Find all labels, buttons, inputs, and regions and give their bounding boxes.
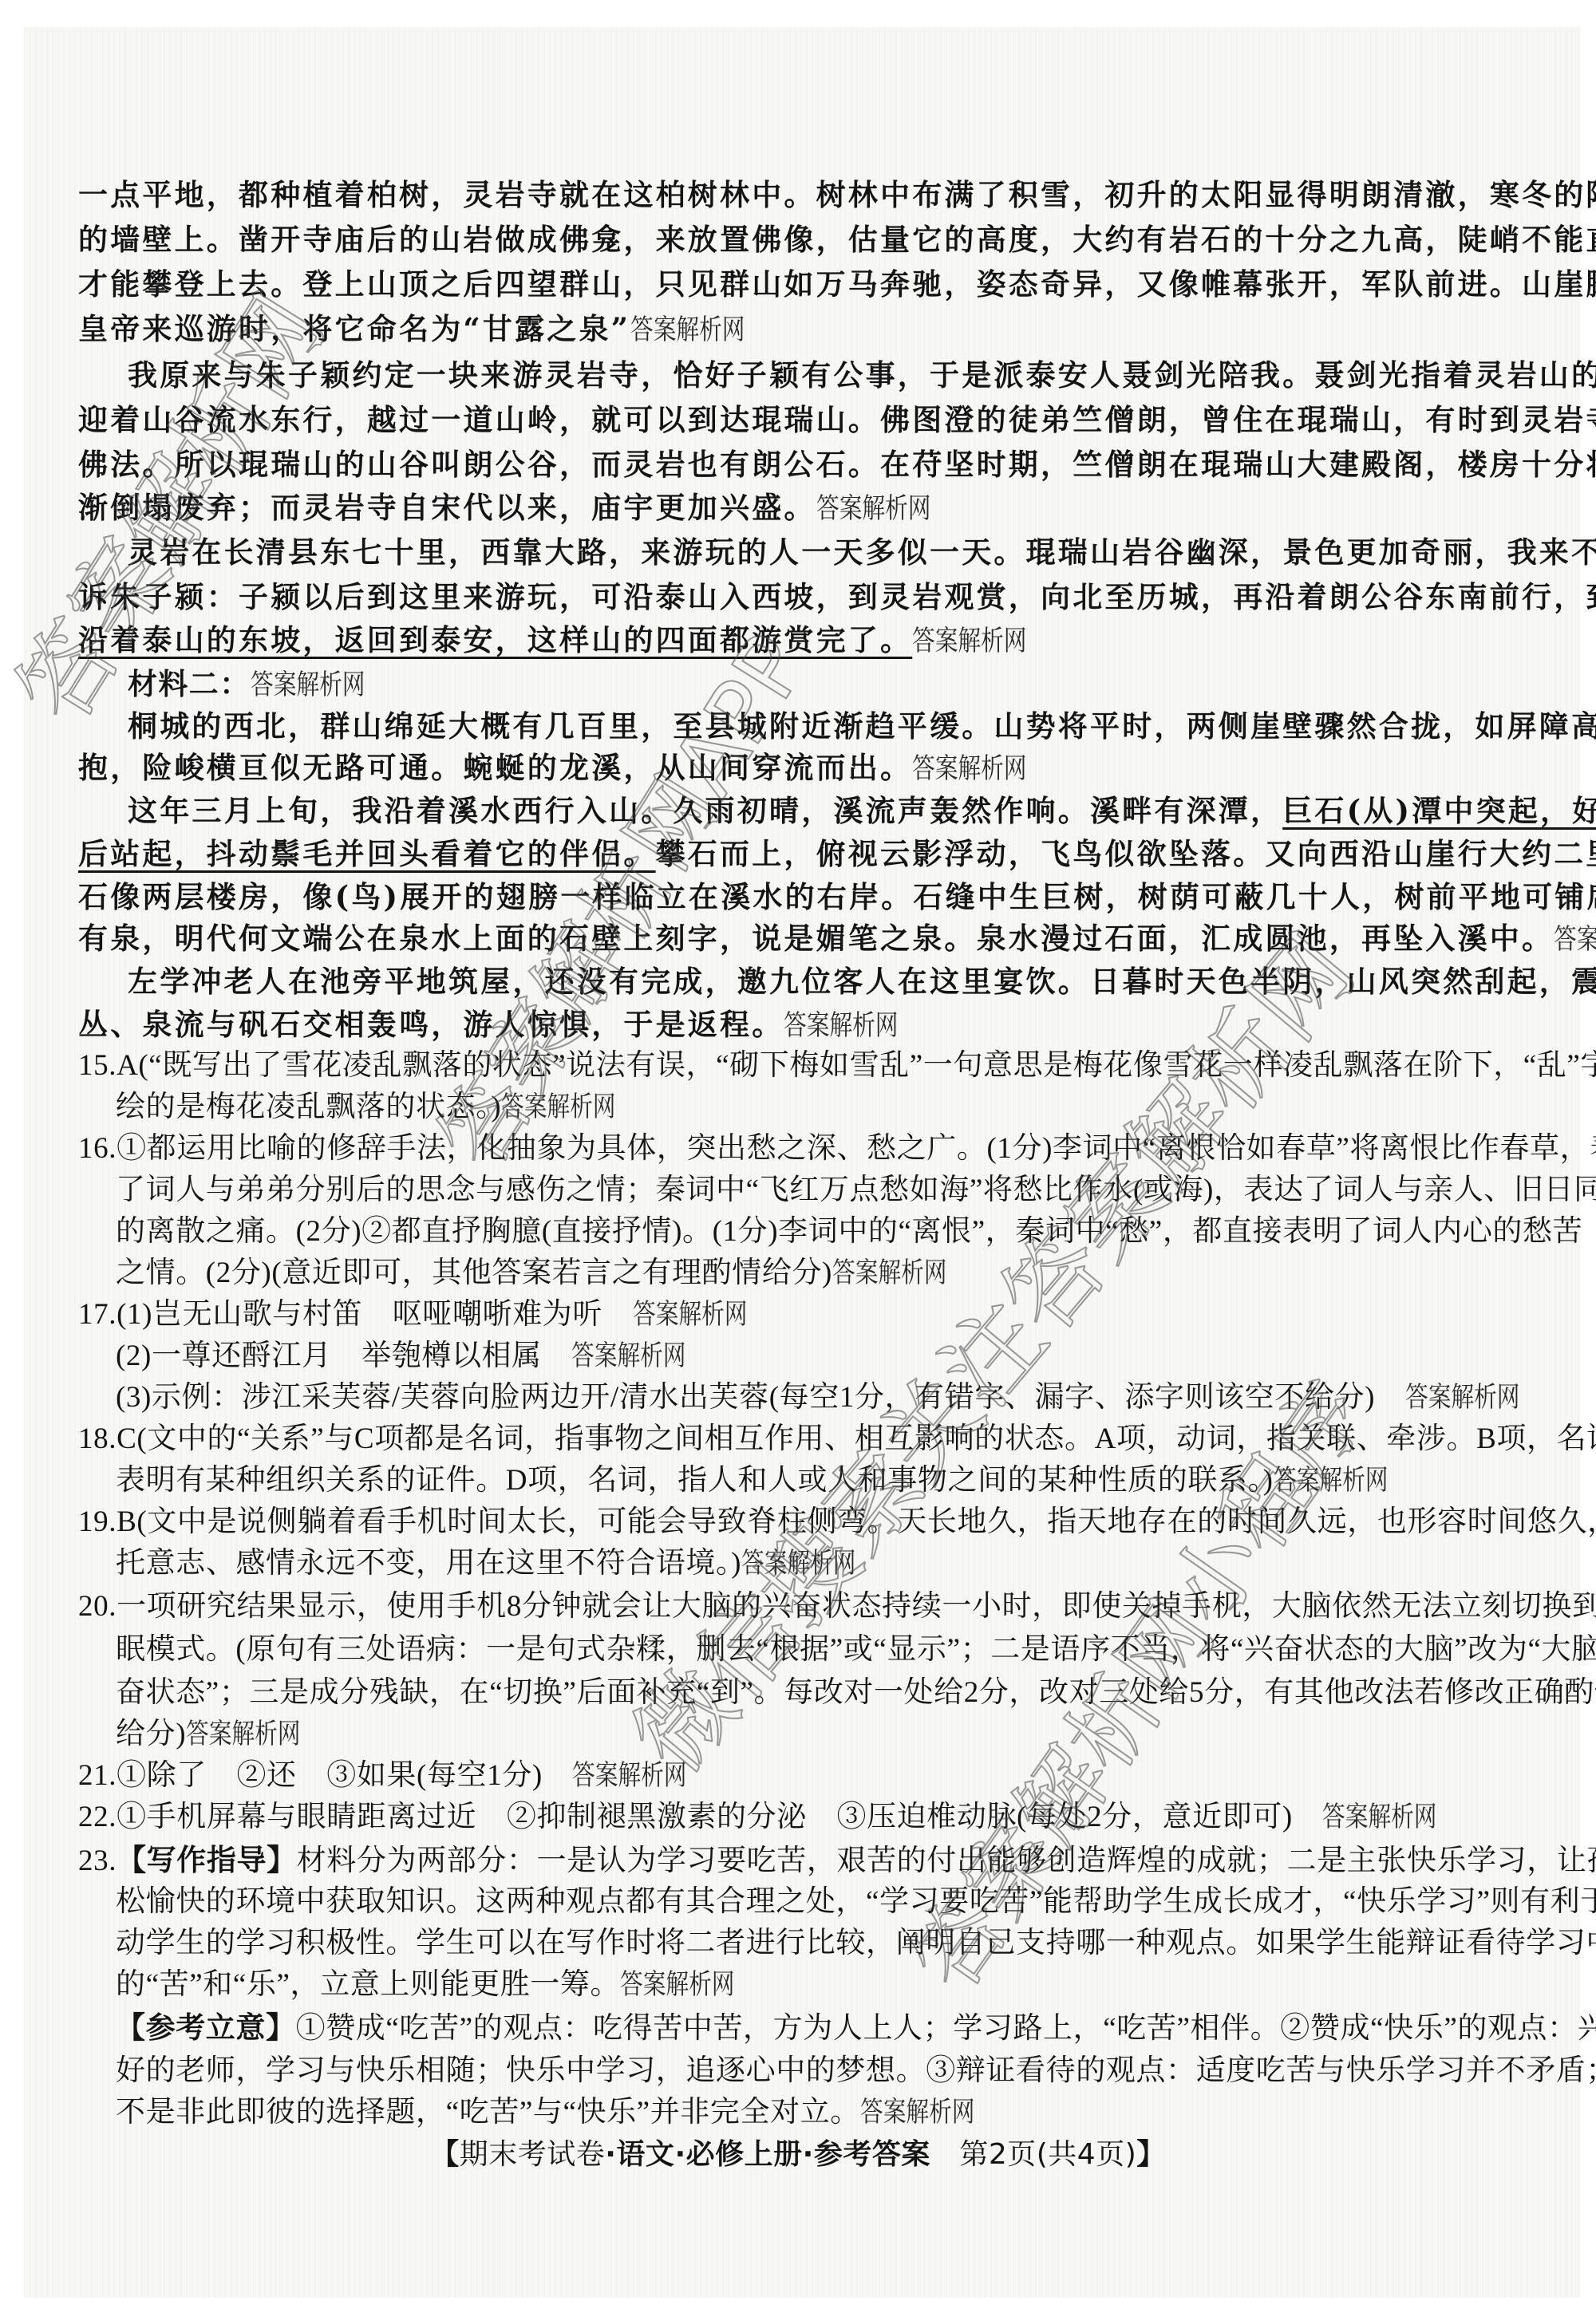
source-tag: 答案解析网 (1405, 1380, 1520, 1415)
material-two-line: 左学冲老人在池旁平地筑屋，还没有完成，邀九位客人在这里宴饮。日暮时天色半阴，山风… (128, 964, 1596, 999)
source-tag: 答案解析网 (860, 2095, 975, 2130)
text: 奋状态”；三是成分残缺，在“切换”后面补充“到”。每改对一处给2分，改对三处给5… (116, 1676, 1596, 1709)
material-one-line: 诉朱子颍：子颍以后到这里来游玩，可沿泰山入西坡，到灵岩观赏，向北至历城，再沿着朗… (78, 579, 1596, 614)
source-tag: 答案解析网 (572, 1758, 687, 1793)
heading-label: 材料二： (128, 667, 251, 701)
question-number: 15. (78, 1049, 117, 1082)
text: 了词人与弟弟分别后的思念与感伤之情；秦词中“飞红万点愁如海”将愁比作水(或海)，… (116, 1174, 1596, 1206)
material-one-line: 渐倒塌废弃；而灵岩寺自宋代以来，庙宇更加兴盛。答案解析网 (78, 490, 956, 527)
text: ①除了 ②还 ③如果(每空1分) (117, 1759, 543, 1792)
material-two-line: 有泉，明代何文端公在泉水上面的石壁上刻字，说是媚笔之泉。泉水漫过石面，汇成圆池，… (78, 921, 1596, 957)
material-one-line: 一点平地，都种植着柏树，灵岩寺就在这柏树林中。树林中布满了积雪，初升的太阳显得明… (78, 177, 1596, 212)
material-one-line: 灵岩在长清县东七十里，西靠大路，来游玩的人一天多似一天。琨瑞山岩谷幽深，景色更加… (128, 535, 1596, 570)
answer-17: 17.(1)岂无山歌与村笛 呕哑嘲哳难为听 答案解析网 (78, 1297, 772, 1332)
text: 给分) (116, 1718, 186, 1750)
answer-16-cont: 了词人与弟弟分别后的思念与感伤之情；秦词中“飞红万点愁如海”将愁比作水(或海)，… (116, 1173, 1596, 1208)
text: 左学冲老人在池旁平地筑屋，还没有完成，邀九位客人在这里宴饮。日暮时天色半阴，山风… (128, 964, 1596, 999)
text: 丛、泉流与矾石交相轰鸣，游人惊惧，于是返程。 (78, 1007, 784, 1042)
answer-18: 18.C(文中的“关系”与C项都是名词，指事物之间相互作用、相互影响的状态。A项… (78, 1422, 1596, 1457)
bracket: 【 (430, 2138, 460, 2171)
text: 的墙壁上。凿开寺庙后的山岩做成佛龛，来放置佛像，估量它的高度，大约有岩石的十分之… (78, 222, 1596, 257)
answer-20-cont: 奋状态”；三是成分残缺，在“切换”后面补充“到”。每改对一处给2分，改对三处给5… (116, 1675, 1596, 1710)
source-tag: 答案解析网 (832, 1256, 947, 1291)
text: 眠模式。(原句有三处语病：一是句式杂糅，删去“根据”或“显示”；二是语序不当，将… (116, 1633, 1596, 1666)
separator: · (605, 2138, 616, 2171)
text: 一点平地，都种植着柏树，灵岩寺就在这柏树林中。树林中布满了积雪，初升的太阳显得明… (78, 177, 1596, 212)
answer-16-cont: 之情。(2分)(意近即可，其他答案若言之有理酌情给分)答案解析网 (116, 1256, 972, 1291)
text: (1)岂无山歌与村笛 呕哑嘲哳难为听 (117, 1298, 602, 1331)
text: 表明有某种组织关系的证件。D项，名词，指人和人或人和事物之间的某种性质的联系。) (116, 1464, 1274, 1497)
answer-19-cont: 托意志、感情永远不变，用在这里不符合语境。)答案解析网 (116, 1546, 881, 1581)
text: 动学生的学习积极性。学生可以在写作时将二者进行比较，阐明自己支持哪一种观点。如果… (116, 1927, 1596, 1959)
question-number: 21. (78, 1759, 117, 1792)
answer-20-cont: 眠模式。(原句有三处语病：一是句式杂糅，删去“根据”或“显示”；二是语序不当，将… (116, 1632, 1596, 1667)
material-one-line: 才能攀登上去。登上山顶之后四望群山，只见群山如万马奔驰，姿态奇异，又像帷幕张开，… (78, 266, 1596, 302)
source-tag: 答案解析网 (630, 313, 745, 348)
question-number: 23. (78, 1845, 117, 1877)
footer-kind: 参考答案 (814, 2138, 930, 2171)
text: 皇帝来巡游时，将它命名为“甘露之泉” (78, 311, 630, 346)
answer-18-cont: 表明有某种组织关系的证件。D项，名词，指人和人或人和事物之间的某种性质的联系。)… (116, 1463, 1413, 1498)
separator: · (674, 2138, 685, 2171)
material-two-line: 桐城的西北，群山绵延大概有几百里，至县城附近渐趋平缓。山势将平时，两侧崖壁骤然合… (128, 708, 1596, 744)
material-two-line: 石像两层楼房，像(鸟)展开的翅膀一样临立在溪水的右岸。石缝中生巨树，树荫可蔽几十… (78, 879, 1596, 914)
answer-20: 20.一项研究结果显示，使用手机8分钟就会让大脑的兴奋状态持续一小时，即使关掉手… (78, 1589, 1596, 1624)
answer-23-cont: 的“苦”和“乐”，立意上则能更胜一筹。答案解析网 (116, 1967, 760, 2002)
question-number: 20. (78, 1590, 117, 1623)
text: 材料分为两部分：一是认为学习要吃苦，艰苦的付出能够创造辉煌的成就；二是主张快乐学… (297, 1845, 1596, 1877)
material-two-line: 丛、泉流与矾石交相轰鸣，游人惊惧，于是返程。答案解析网 (78, 1007, 923, 1044)
answer-20-cont: 给分)答案解析网 (116, 1717, 326, 1752)
text: 灵岩在长清县东七十里，西靠大路，来游玩的人一天多似一天。琨瑞山岩谷幽深，景色更加… (128, 535, 1596, 570)
text: C(文中的“关系”与C项都是名词，指事物之间相互作用、相互影响的状态。A项，动词… (117, 1422, 1596, 1455)
answer-16: 16.①都运用比喻的修辞手法，化抽象为具体，突出愁之深、愁之广。(1分)李词中“… (78, 1131, 1596, 1166)
source-tag: 答案解析网 (1554, 922, 1596, 957)
question-number: 16. (78, 1132, 117, 1165)
text: 迎着山谷流水东行，越过一道山岭，就可以到达琨瑞山。佛图澄的徒弟竺僧朗，曾住在琨瑞… (78, 402, 1596, 437)
material-one-line: 的墙壁上。凿开寺庙后的山岩做成佛龛，来放置佛像，估量它的高度，大约有岩石的十分之… (78, 222, 1596, 257)
text: A(“既写出了雪花凌乱飘落的状态”说法有误，“砌下梅如雪乱”一句意思是梅花像雪花… (117, 1049, 1596, 1082)
text: 我原来与朱子颖约定一块来游灵岩寺，恰好子颖有公事，于是派泰安人聂剑光陪我。聂剑光… (128, 357, 1596, 393)
answer-23-cont: 松愉快的环境中获取知识。这两种观点都有其合理之处，“学习要吃苦”能帮助学生成长成… (116, 1884, 1596, 1920)
underlined-sentence: 巨石(从)潭中突起，好像马洗完澡 (1282, 793, 1596, 828)
question-number: 22. (78, 1801, 117, 1833)
material-two-line: 后站起，抖动鬃毛并回头看着它的伴侣。攀石而上，俯视云影浮动，飞鸟似欲坠落。又向西… (78, 836, 1596, 871)
material-one-line: 迎着山谷流水东行，越过一道山岭，就可以到达琨瑞山。佛图澄的徒弟竺僧朗，曾住在琨瑞… (78, 402, 1596, 437)
footer-volume: 必修上册 (686, 2138, 803, 2171)
text: 才能攀登上去。登上山顶之后四望群山，只见群山如万马奔驰，姿态奇异，又像帷幕张开，… (78, 266, 1596, 302)
separator: · (803, 2138, 814, 2171)
source-tag: 答案解析网 (784, 1008, 899, 1044)
text: (3)示例：涉江采芙蓉/芙蓉向脸两边开/清水出芙蓉(每空1分，有错字、漏字、添字… (116, 1381, 1375, 1414)
answer-23-reference: 不是非此即彼的选择题，“吃苦”与“快乐”并非完全对立。答案解析网 (116, 2095, 1000, 2130)
reference-idea-label: 【参考立意】 (116, 2010, 296, 2045)
text: 佛法。所以琨瑞山的山谷叫朗公谷，而灵岩也有朗公石。在苻坚时期，竺僧朗在琨瑞山大建… (78, 447, 1596, 482)
question-number: 19. (78, 1505, 117, 1538)
answer-17-cont: (2)一尊还酹江月 举匏樽以相属 答案解析网 (116, 1339, 711, 1374)
source-tag: 答案解析网 (501, 1090, 616, 1125)
question-number: 17. (78, 1298, 117, 1331)
text: 的离散之痛。(2分)②都直抒胸臆(直接抒情)。(1分)李词中的“离恨”，秦词中“… (116, 1215, 1582, 1248)
source-tag: 答案解析网 (816, 491, 931, 527)
text: ①赞成“吃苦”的观点：吃得苦中苦，方为人上人；学习路上，“吃苦”相伴。②赞成“快… (296, 2012, 1596, 2045)
text: 攀石而上，俯视云影浮动，飞鸟似欲坠落。又向西沿山崖行大约二里，连绵的山 (656, 836, 1596, 871)
answer-19: 19.B(文中是说侧躺着看手机时间太长，可能会导致脊柱侧弯。天长地久，指天地存在… (78, 1505, 1596, 1540)
source-tag: 答案解析网 (741, 1546, 856, 1581)
text: ①都运用比喻的修辞手法，化抽象为具体，突出愁之深、愁之广。(1分)李词中“离恨恰… (117, 1132, 1596, 1165)
text: 有泉，明代何文端公在泉水上面的石壁上刻字，说是媚笔之泉。泉水漫过石面，汇成圆池，… (78, 921, 1554, 956)
text: 这年三月上旬，我沿着溪水西行入山。久雨初晴，溪流声轰然作响。溪畔有深潭， (128, 793, 1282, 828)
answer-23-cont: 动学生的学习积极性。学生可以在写作时将二者进行比较，阐明自己支持哪一种观点。如果… (116, 1926, 1596, 1961)
material-one-line: 我原来与朱子颖约定一块来游灵岩寺，恰好子颖有公事，于是派泰安人聂剑光陪我。聂剑光… (128, 357, 1596, 393)
source-tag: 答案解析网 (186, 1717, 301, 1752)
text: 渐倒塌废弃；而灵岩寺自宋代以来，庙宇更加兴盛。 (78, 490, 816, 525)
source-tag: 答案解析网 (633, 1297, 748, 1332)
answer-23-reference: 好的老师，学习与快乐相随；快乐中学习，追逐心中的梦想。③辩证看待的观点：适度吃苦… (116, 2054, 1596, 2089)
text: 诉朱子颍：子颍以后到这里来游玩，可沿泰山入西坡，到灵岩观赏，向北至历城，再沿着朗… (78, 579, 1596, 614)
footer-series: 期末考试卷 (460, 2138, 606, 2171)
page-number: 第2页(共4页) (959, 2138, 1136, 2171)
text: 桐城的西北，群山绵延大概有几百里，至县城附近渐趋平缓。山势将平时，两侧崖壁骤然合… (128, 708, 1596, 744)
answer-16-cont: 的离散之痛。(2分)②都直抒胸臆(直接抒情)。(1分)李词中的“离恨”，秦词中“… (116, 1214, 1582, 1249)
material-two-heading: 材料二：答案解析网 (128, 667, 390, 703)
material-one-line: 皇帝来巡游时，将它命名为“甘露之泉”答案解析网 (78, 311, 770, 348)
text: ①手机屏幕与眼睛距离过近 ②抑制褪黑激素的分泌 ③压迫椎动脉(每处2分，意近即可… (117, 1801, 1293, 1833)
text: (2)一尊还酹江月 举匏樽以相属 (116, 1340, 542, 1372)
material-two-line: 抱，险峻横亘似无路可通。蜿蜒的龙溪，从山间穿流而出。答案解析网 (78, 750, 1052, 787)
underlined-sentence: 沿着泰山的东坡，返回到泰安，这样山的四面都游赏完了。 (78, 622, 912, 657)
material-one-line: 沿着泰山的东坡，返回到泰安，这样山的四面都游赏完了。答案解析网 (78, 622, 1052, 659)
source-tag: 答案解析网 (571, 1339, 686, 1374)
material-one-line: 佛法。所以琨瑞山的山谷叫朗公谷，而灵岩也有朗公石。在苻坚时期，竺僧朗在琨瑞山大建… (78, 447, 1596, 482)
text: 抱，险峻横亘似无路可通。蜿蜒的龙溪，从山间穿流而出。 (78, 750, 912, 785)
answer-21: 21.①除了 ②还 ③如果(每空1分) 答案解析网 (78, 1758, 712, 1793)
text: 好的老师，学习与快乐相随；快乐中学习，追逐心中的梦想。③辩证看待的观点：适度吃苦… (116, 2054, 1596, 2087)
question-number: 18. (78, 1422, 117, 1455)
text: 石像两层楼房，像(鸟)展开的翅膀一样临立在溪水的右岸。石缝中生巨树，树荫可蔽几十… (78, 879, 1596, 914)
source-tag: 答案解析网 (251, 668, 365, 703)
source-tag: 答案解析网 (620, 1967, 735, 2002)
source-tag: 答案解析网 (1274, 1463, 1389, 1498)
answer-23: 23.【写作指导】材料分为两部分：一是认为学习要吃苦，艰苦的付出能够创造辉煌的成… (78, 1843, 1596, 1879)
answer-17-cont: (3)示例：涉江采芙蓉/芙蓉向脸两边开/清水出芙蓉(每空1分，有错字、漏字、添字… (116, 1380, 1545, 1415)
answer-15-cont: 绘的是梅花凌乱飘落的状态。)答案解析网 (116, 1090, 641, 1125)
underlined-sentence: 后站起，抖动鬃毛并回头看着它的伴侣。 (78, 836, 656, 871)
source-tag: 答案解析网 (912, 752, 1027, 787)
text: 之情。(2分)(意近即可，其他答案若言之有理酌情给分) (116, 1257, 832, 1289)
page-footer: 【期末考试卷·语文·必修上册·参考答案 第2页(共4页)】 (0, 2132, 1596, 2172)
text: 的“苦”和“乐”，立意上则能更胜一筹。 (116, 1968, 620, 2001)
text: 托意志、感情永远不变，用在这里不符合语境。) (116, 1547, 741, 1580)
writing-guide-label: 【写作指导】 (117, 1843, 297, 1877)
text: 不是非此即彼的选择题，“吃苦”与“快乐”并非完全对立。 (116, 2096, 860, 2129)
text: 一项研究结果显示，使用手机8分钟就会让大脑的兴奋状态持续一小时，即使关掉手机，大… (117, 1590, 1596, 1623)
bracket: 】 (1136, 2138, 1166, 2171)
material-two-line: 这年三月上旬，我沿着溪水西行入山。久雨初晴，溪流声轰然作响。溪畔有深潭，巨石(从… (128, 793, 1596, 828)
answer-23-reference: 【参考立意】①赞成“吃苦”的观点：吃得苦中苦，方为人上人；学习路上，“吃苦”相伴… (116, 2010, 1596, 2046)
source-tag: 答案解析网 (1322, 1800, 1437, 1835)
footer-subject: 语文 (616, 2138, 674, 2171)
answer-15: 15.A(“既写出了雪花凌乱飘落的状态”说法有误，“砌下梅如雪乱”一句意思是梅花… (78, 1048, 1596, 1083)
text: 松愉快的环境中获取知识。这两种观点都有其合理之处，“学习要吃苦”能帮助学生成长成… (116, 1885, 1596, 1918)
text: 绘的是梅花凌乱飘落的状态。) (116, 1091, 501, 1123)
source-tag: 答案解析网 (912, 624, 1027, 659)
answer-22: 22.①手机屏幕与眼睛距离过近 ②抑制褪黑激素的分泌 ③压迫椎动脉(每处2分，意… (78, 1800, 1462, 1835)
text: B(文中是说侧躺着看手机时间太长，可能会导致脊柱侧弯。天长地久，指天地存在的时间… (117, 1505, 1596, 1538)
